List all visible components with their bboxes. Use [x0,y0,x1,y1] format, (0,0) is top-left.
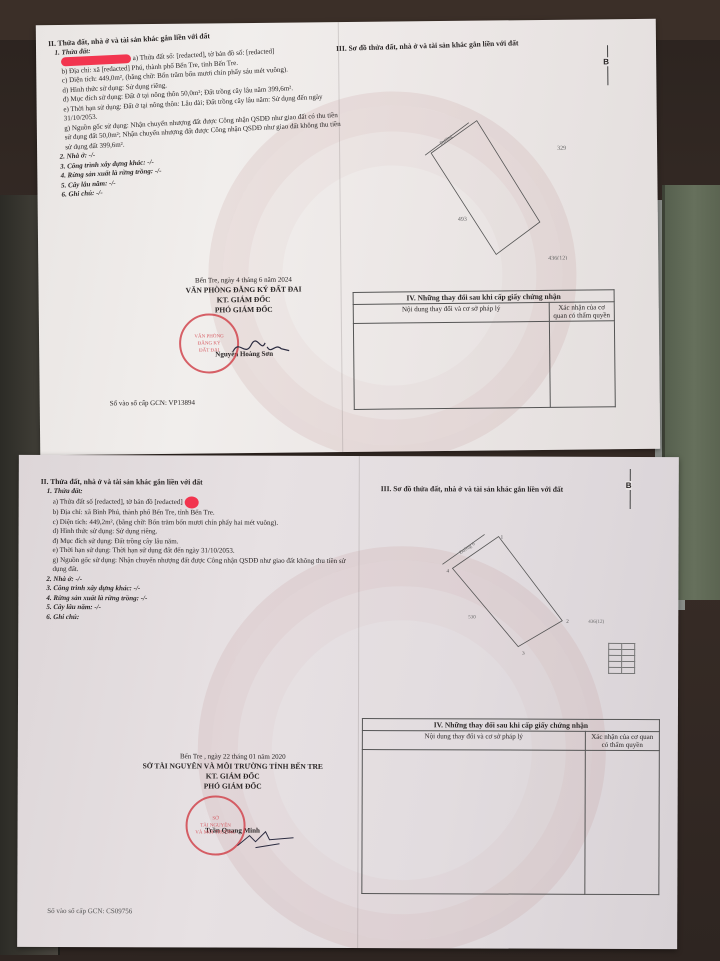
svg-text:493: 493 [458,217,467,223]
svg-text:1: 1 [501,536,504,541]
changes-cell [362,750,585,895]
svg-text:329: 329 [557,146,566,152]
map-title: III. Sơ đồ thửa đất, nhà ở và tài sản kh… [336,38,519,53]
parcel-number: a) Thửa đất số [redacted], tờ bản đồ [re… [41,496,351,509]
parcel-address: b) Địa chỉ: xã Bình Phú, thành phố Bến T… [41,508,351,519]
registry-number: Số vào sổ cấp GCN: VP13894 [110,399,195,408]
issuing-office: SỞ TÀI NGUYÊN VÀ MÔI TRƯỜNG TỈNH BẾN TRE [118,761,348,772]
map-title: III. Sơ đồ thửa đất, nhà ở và tài sản kh… [381,484,563,494]
certificate-page-top: II. Thửa đất, nhà ở và tài sản khác gắn … [36,19,660,455]
signer-title: PHÓ GIÁM ĐỐC [118,781,348,792]
svg-text:Đường: Đường [439,134,454,146]
changes-table: IV. Những thay đổi sau khi cấp giấy chứn… [361,718,660,895]
signer-title: PHÓ GIÁM ĐỐC [139,304,349,316]
land-parcel-section: II. Thửa đất, nhà ở và tài sản khác gắn … [40,477,351,623]
redaction-mark [184,496,198,508]
item-notes: 6. Ghi chú: [40,612,350,623]
north-arrow-icon: B [625,469,637,509]
svg-text:4: 4 [446,569,449,574]
section-title: II. Thửa đất, nhà ở và tài sản khác gắn … [41,477,351,488]
changes-table: IV. Những thay đổi sau khi cấp giấy chứn… [353,289,616,410]
changes-col-confirmation: Xác nhận của cơ quan có thẩm quyền [549,302,614,322]
changes-col-confirmation: Xác nhận của cơ quan có thẩm quyền [585,731,659,750]
item-perennial-trees: 5. Cây lâu năm: -/- [40,603,350,614]
certificate-page-bottom: II. Thửa đất, nhà ở và tài sản khác gắn … [17,455,679,949]
north-arrow-icon: B [602,45,614,85]
svg-text:3: 3 [522,652,525,657]
parcel-diagram: Đường 6 1 2 3 4 530 436(12) [438,516,619,667]
svg-text:436(12): 436(12) [588,620,604,625]
changes-cell [585,750,660,894]
item-other-construction: 3. Công trình xây dựng khác: -/- [40,584,350,595]
parcel-diagram: Đường 329 493 436(12) [417,99,599,261]
usage-origin: g) Nguồn gốc sử dụng: Nhận chuyển nhượng… [40,555,350,575]
svg-text:530: 530 [468,615,476,620]
land-parcel-section: II. Thửa đất, nhà ở và tài sản khác gắn … [48,25,346,201]
changes-col-content: Nội dung thay đổi và cơ sở pháp lý [353,302,549,323]
usage-form: d) Hình thức sử dụng: Sử dụng riêng. [41,527,351,538]
signature-icon [231,335,291,360]
svg-text:2: 2 [566,620,569,625]
usage-term: e) Thời hạn sử dụng: Thời hạn sử dụng đấ… [41,546,351,557]
signature-icon [235,828,295,852]
changes-table-title: IV. Những thay đổi sau khi cấp giấy chứn… [362,719,659,732]
coordinate-table [608,643,635,674]
changes-cell [353,321,550,409]
changes-cell [549,321,615,408]
registry-number: Số vào sổ cấp GCN: CS09756 [47,907,132,915]
changes-col-content: Nội dung thay đổi và cơ sở pháp lý [362,731,585,751]
